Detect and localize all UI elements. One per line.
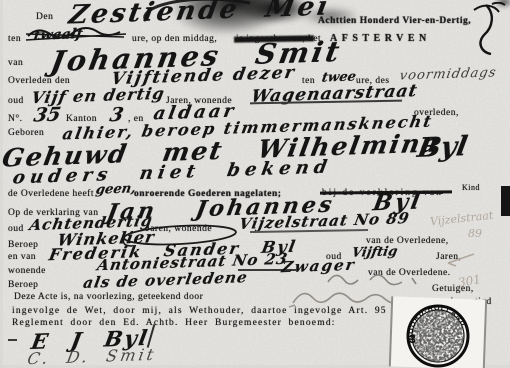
handwritten-house-number: 35 [32,104,63,127]
printed-geboren: Geboren [8,128,44,138]
pen-dash [8,339,17,341]
printed-van-overledene2: van de Overledene. [368,268,451,278]
pencil-street-annotation: Vijzelstraat [429,209,493,229]
printed-en-van: en van [8,252,36,262]
printed-beroep1: Beroep [8,240,38,250]
printed-jaren2: Jaren, [436,252,461,262]
handwritten-declarant2-age: Vijftig [351,244,399,261]
printed-afsterven: AFSTERVEN [330,33,431,44]
printed-overleden-den: Overleden den [8,76,70,86]
printed-getuigen: Getuigen, [432,284,474,294]
corner-ink-smudge [494,0,510,8]
margin-paraaf-scribble [466,2,508,62]
scan-edge-artifact [501,186,510,216]
death-record-scan: Den Zestiende Mei Achttien Honderd Vier-… [0,0,510,368]
printed-no: N°. [8,114,23,124]
printed-den: Den [36,12,53,22]
handwritten-geen: geen, [95,181,138,197]
faint-pen-tick [464,350,469,362]
pencil-number-annotation: 89 [468,227,482,240]
printed-beroep2: Beroep [8,280,38,290]
printed-wet-clause: ingevolge de Wet, door mij, als Wethoude… [12,306,484,316]
handwritten-hour-struck: twaalf [32,26,83,44]
printed-heeft: de Overledene heeft [8,189,94,199]
printed-ten: ten [8,34,21,44]
faint-pen-tick [469,330,473,344]
printed-year: Achttien Honderd Vier-en-Dertig, [318,16,471,26]
printed-acte-clause: Deze Acte is, na voorlezing, geteekend d… [14,292,203,302]
left-edge-shade [0,0,3,368]
printed-wonende2: wonende [8,266,46,276]
printed-kind: Kind [462,183,480,192]
handwritten-date: Zestiende Mei [66,0,333,31]
handwritten-relation: Zwager [280,256,357,277]
printed-reglement-clause: Reglement door den Ed. Achtb. Heer Burge… [12,318,336,328]
printed-oud2: oud [8,224,24,234]
printed-oud: oud [8,96,24,106]
stamp-number: 3 [409,332,416,346]
printed-van: van [8,58,23,68]
handwritten-spouse-surname: Byl [415,131,470,164]
